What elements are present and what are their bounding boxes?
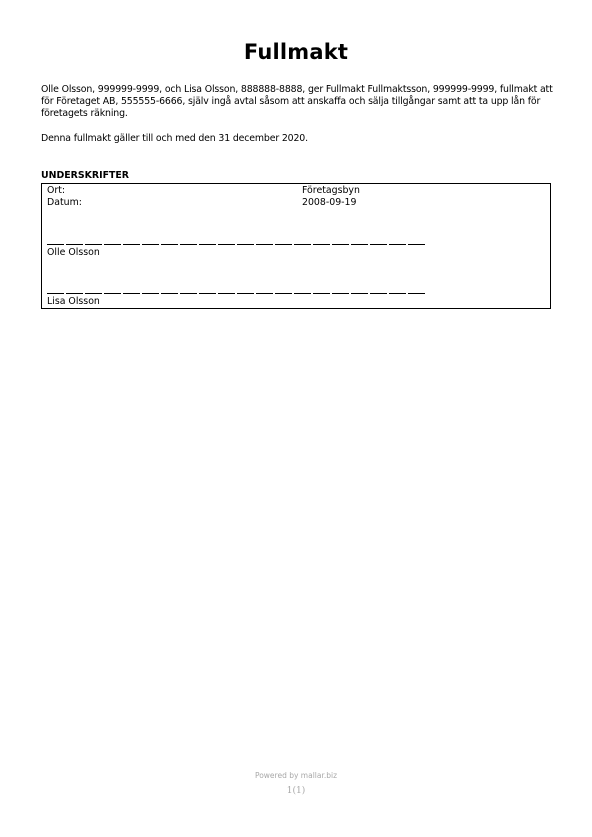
signer-name: Lisa Olsson [47, 296, 100, 308]
authorization-paragraph: Olle Olsson, 999999-9999, och Lisa Olsso… [41, 84, 556, 120]
document-title: Fullmakt [0, 38, 592, 66]
validity-paragraph: Denna fullmakt gäller till och med den 3… [41, 133, 556, 145]
place-value: Företagsbyn [302, 185, 360, 197]
signature-line [47, 244, 427, 245]
document-page: Fullmakt Olle Olsson, 999999-9999, och L… [0, 0, 592, 837]
signatures-box: Ort: Företagsbyn Datum: 2008-09-19 Olle … [41, 183, 551, 309]
signer-name: Olle Olsson [47, 247, 100, 259]
page-indicator: 1(1) [0, 785, 592, 797]
powered-by-footer: Powered by mallar.biz [0, 771, 592, 781]
date-value: 2008-09-19 [302, 197, 356, 209]
date-label: Datum: [47, 197, 82, 209]
signature-line [47, 293, 427, 294]
signatures-heading: UNDERSKRIFTER [41, 170, 129, 182]
place-label: Ort: [47, 185, 65, 197]
